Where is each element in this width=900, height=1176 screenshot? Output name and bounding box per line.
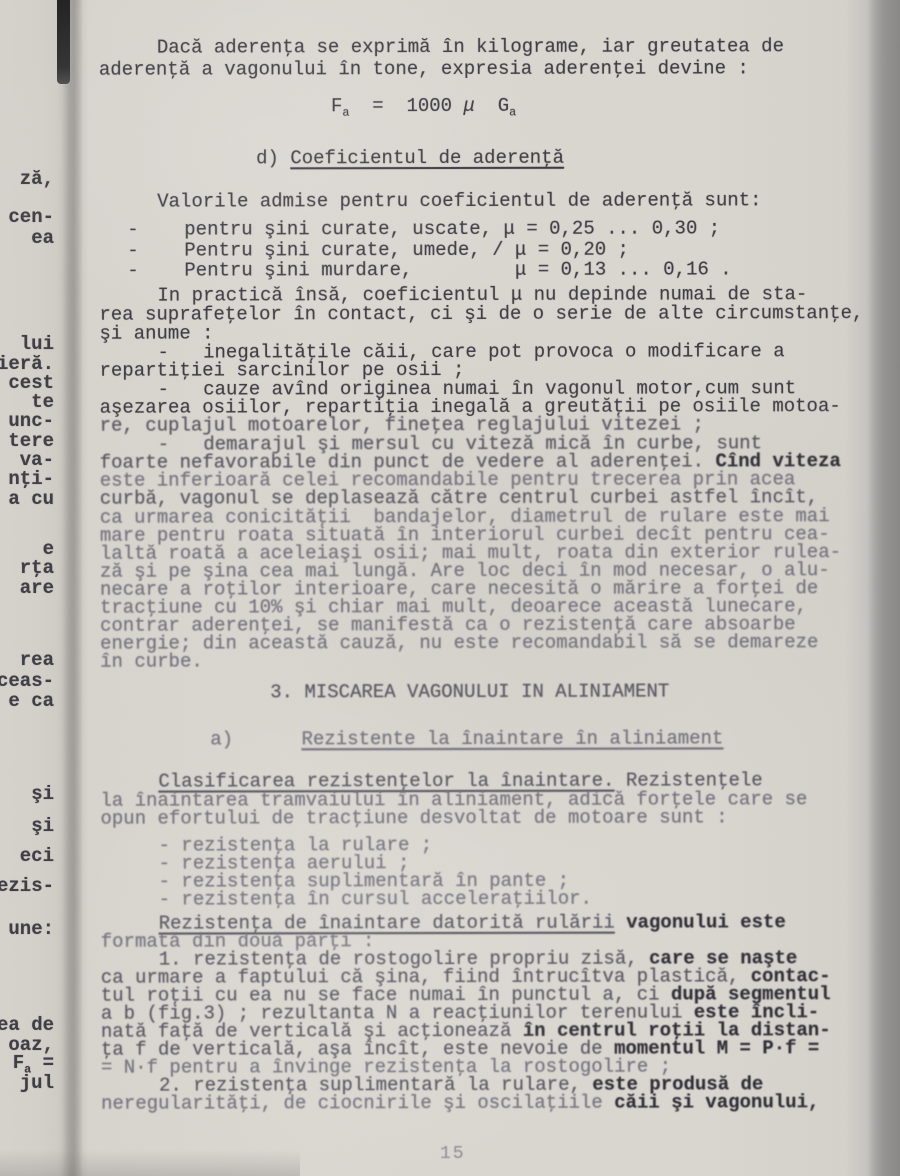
text-line: în curbe. bbox=[100, 653, 203, 672]
scanned-document-page: ză,cen-ealuiieră.cestteunc-tereva-nţi-a … bbox=[0, 0, 900, 1176]
text-line: energie; din această cauză, nu este reco… bbox=[100, 633, 818, 654]
text-line: rea suprafeţelor în contact, ci şi de o … bbox=[99, 304, 863, 325]
text-line: - Pentru şini curate, umede, / μ = 0,20 … bbox=[127, 241, 629, 261]
text-line: neregularităţi, de ciocnirile şi oscilaţ… bbox=[101, 1093, 819, 1114]
text-line: - rezistenţa în cursul acceleraţiilor. bbox=[159, 890, 592, 910]
text-line: - pentru şini curate, uscate, μ = 0,25 .… bbox=[127, 219, 720, 239]
main-text-block: Dacă aderenţa se exprimă în kilograme, i… bbox=[0, 0, 900, 1176]
text-line: Dacă aderenţa se exprimă în kilograme, i… bbox=[157, 37, 784, 57]
text-line: aderenţă a vagonului în tone, expresia a… bbox=[99, 59, 749, 79]
text-line: 3. MISCAREA VAGONULUI IN ALINIAMENT bbox=[270, 683, 669, 703]
text-line: Fa = 1000 μ Ga bbox=[331, 97, 516, 123]
text-line: a) Rezistente la înaintare în aliniament bbox=[210, 729, 723, 749]
text-line: opun efortului de tracţiune desvoltat de… bbox=[100, 808, 727, 828]
text-line: Valorile admise pentru coeficientul de a… bbox=[157, 191, 761, 211]
text-line: d) Coeficientul de aderenţă bbox=[256, 149, 564, 169]
page-number: 15 bbox=[440, 1144, 466, 1164]
text-line: - Pentru şini murdare, μ = 0,13 ... 0,16… bbox=[127, 260, 731, 280]
